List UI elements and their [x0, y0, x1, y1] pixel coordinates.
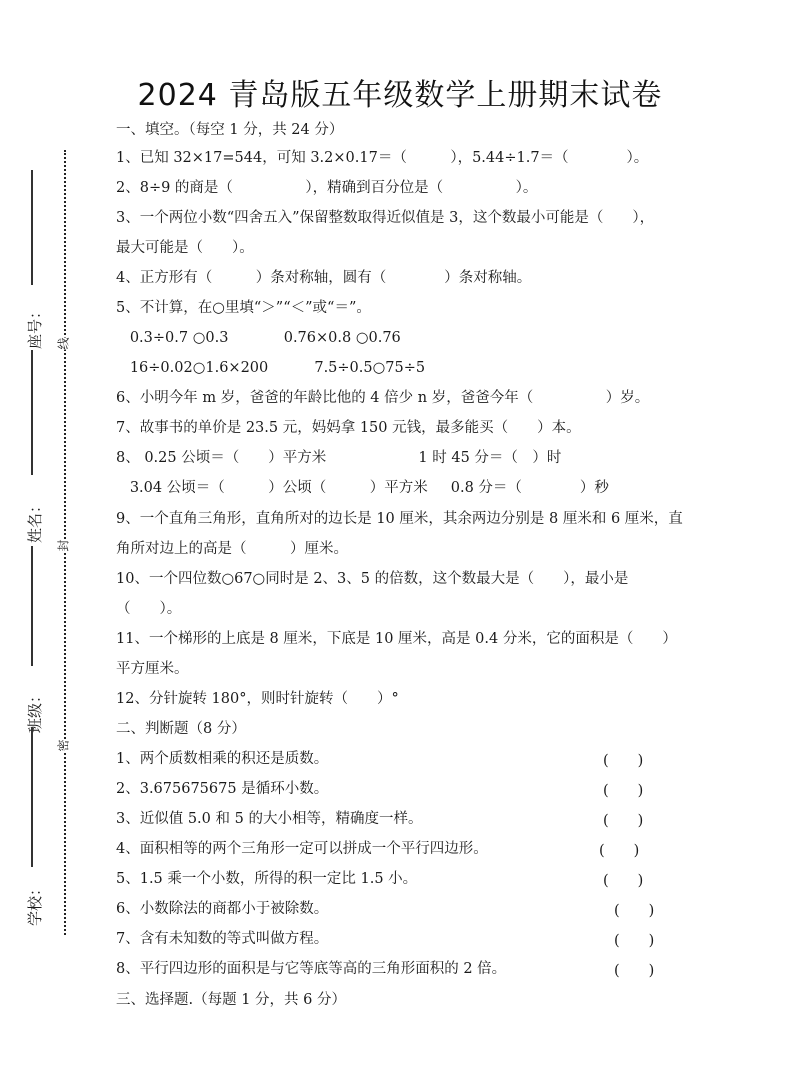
answer-box[interactable]: ( ) — [603, 869, 643, 890]
section-heading-multiple-choice: 三、选择题.（每题 1 分，共 6 分） — [116, 990, 346, 1010]
answer-box[interactable]: ( ) — [599, 839, 639, 860]
answer-box[interactable]: ( ) — [614, 899, 654, 920]
question-line: 最大可能是（ ）。 — [116, 238, 254, 258]
judgment-item: 8、平行四边形的面积是与它等底等高的三角形面积的 2 倍。 — [116, 959, 506, 979]
seat-line-top — [31, 170, 33, 285]
section-heading-true-false: 二、判断题（8 分） — [116, 719, 246, 739]
question-line: 16÷0.02○1.6×200 7.5÷0.5○75÷5 — [116, 358, 425, 378]
section-heading-fill-blank: 一、填空。（每空 1 分，共 24 分） — [116, 120, 343, 140]
judgment-item: 6、小数除法的商都小于被除数。 — [116, 899, 328, 919]
name-label: 姓名： — [24, 496, 45, 545]
question-line: 6、小明今年 m 岁，爸爸的年龄比他的 4 倍少 n 岁，爸爸今年（ ）岁。 — [116, 388, 649, 408]
judgment-item: 2、3.675675675 是循环小数。 — [116, 779, 328, 799]
question-line: 9、一个直角三角形，直角所对的边长是 10 厘米，其余两边分别是 8 厘米和 6… — [116, 509, 683, 529]
question-line: 4、正方形有（ ）条对称轴，圆有（ ）条对称轴。 — [116, 268, 531, 288]
question-line: 0.3÷0.7 ○0.3 0.76×0.8 ○0.76 — [116, 328, 401, 348]
seal-mark-mi: 密 — [55, 739, 72, 751]
answer-box[interactable]: ( ) — [603, 809, 643, 830]
question-line: 平方厘米。 — [116, 659, 189, 679]
question-line: 3、一个两位小数“四舍五入”保留整数取得近似值是 3，这个数最小可能是（ ）， — [116, 208, 654, 228]
seat-number-label: 座号： — [24, 302, 45, 351]
question-line: 8、 0.25 公顷＝（ ）平方米 1 时 45 分＝（ ）时 — [116, 448, 561, 468]
question-line: 3.04 公顷＝（ ）公顷（ ）平方米 0.8 分＝（ ）秒 — [116, 478, 609, 498]
class-line — [31, 727, 33, 867]
school-label: 学校： — [24, 879, 45, 928]
answer-box[interactable]: ( ) — [603, 749, 643, 770]
seal-mark-feng: 封 — [55, 539, 72, 551]
question-line: 11、一个梯形的上底是 8 厘米，下底是 10 厘米，高是 0.4 分米，它的面… — [116, 629, 677, 649]
judgment-item: 5、1.5 乘一个小数，所得的积一定比 1.5 小。 — [116, 869, 417, 889]
judgment-item: 3、近似值 5.0 和 5 的大小相等，精确度一样。 — [116, 809, 422, 829]
question-line: 7、故事书的单价是 23.5 元，妈妈拿 150 元钱，最多能买（ ）本。 — [116, 418, 581, 438]
judgment-item: 4、面积相等的两个三角形一定可以拼成一个平行四边形。 — [116, 839, 488, 859]
answer-box[interactable]: ( ) — [614, 929, 654, 950]
class-label: 班级： — [24, 686, 45, 735]
judgment-item: 1、两个质数相乘的积还是质数。 — [116, 749, 328, 769]
question-line: 2、8÷9 的商是（ ），精确到百分位是（ ）。 — [116, 178, 537, 198]
question-line: 10、一个四位数○67○同时是 2、3、5 的倍数，这个数最大是（ ），最小是 — [116, 569, 628, 589]
seat-line-bottom — [31, 350, 33, 475]
question-line: （ ）。 — [116, 599, 181, 619]
question-line: 角所对边上的高是（ ）厘米。 — [116, 539, 348, 559]
seal-mark-xian: 线 — [55, 337, 72, 349]
answer-box[interactable]: ( ) — [614, 959, 654, 980]
answer-box[interactable]: ( ) — [603, 779, 643, 800]
name-line — [31, 546, 33, 666]
exam-title: 2024 青岛版五年级数学上册期末试卷 — [0, 70, 800, 114]
question-line: 5、不计算，在○里填“＞”“＜”或“＝”。 — [116, 298, 371, 318]
question-line: 1、已知 32×17=544，可知 3.2×0.17＝（ ），5.44÷1.7＝… — [116, 148, 648, 168]
question-line: 12、分针旋转 180°，则时针旋转（ ）° — [116, 689, 399, 709]
judgment-item: 7、含有未知数的等式叫做方程。 — [116, 929, 328, 949]
